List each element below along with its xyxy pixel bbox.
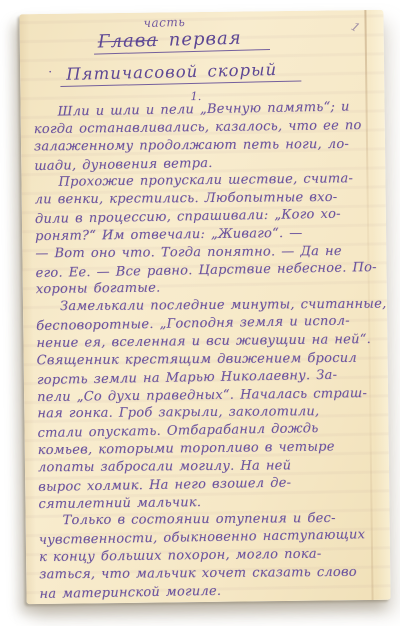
- manuscript-header: часть Глава первая ·Пятичасовой скорый 1…: [19, 10, 383, 14]
- manuscript-page: 1 часть Глава первая ·Пятичасовой скорый…: [19, 10, 390, 604]
- chapter-title-row: ·Пятичасовой скорый: [48, 59, 301, 84]
- struck-word: Глава: [97, 30, 158, 53]
- part-title-rest: первая: [169, 28, 242, 51]
- photo-background: 1 часть Глава первая ·Пятичасовой скорый…: [0, 0, 400, 626]
- bullet-dot: ·: [48, 65, 52, 80]
- part-title: Глава первая: [93, 27, 270, 55]
- manuscript-body: Шли и шли и пели „Вечную память“; и когд…: [33, 99, 383, 603]
- page-number: 1: [349, 19, 363, 35]
- inserted-correction-word: часть: [143, 15, 185, 30]
- chapter-title: Пятичасовой скорый: [60, 59, 301, 86]
